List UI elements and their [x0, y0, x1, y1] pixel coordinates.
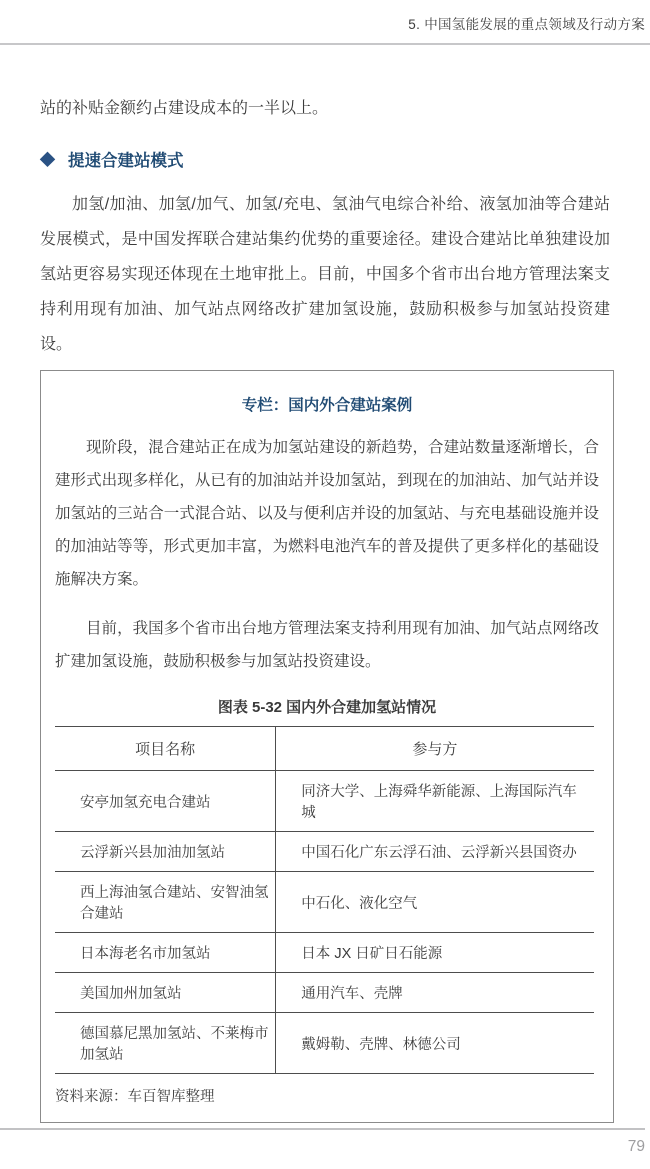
table-title: 图表 5-32 国内外合建加氢站情况 [55, 696, 599, 717]
cell-participants: 同济大学、上海舜华新能源、上海国际汽车城 [276, 771, 594, 832]
source-note: 资料来源：车百智库整理 [55, 1085, 599, 1106]
cell-project: 德国慕尼黑加氢站、不莱梅市加氢站 [55, 1013, 276, 1074]
case-study-panel: 专栏：国内外合建站案例 现阶段，混合建站正在成为加氢站建设的新趋势，合建站数量逐… [40, 370, 614, 1123]
page-number: 79 [628, 1138, 645, 1156]
document-page: 5. 中国氢能发展的重点领域及行动方案 站的补贴金额约占建设成本的一半以上。 ◆… [0, 0, 650, 1169]
running-header: 5. 中国氢能发展的重点领域及行动方案 [0, 0, 650, 43]
table-row: 云浮新兴县加油加氢站 中国石化广东云浮石油、云浮新兴县国资办 [55, 832, 594, 872]
header-rule [0, 43, 650, 45]
cell-project: 云浮新兴县加油加氢站 [55, 832, 276, 872]
table-row: 安亭加氢充电合建站 同济大学、上海舜华新能源、上海国际汽车城 [55, 771, 594, 832]
table-row: 日本海老名市加氢站 日本 JX 日矿日石能源 [55, 933, 594, 973]
panel-paragraph: 目前，我国多个省市出台地方管理法案支持利用现有加油、加气站点网络改扩建加氢设施，… [55, 612, 599, 678]
cell-participants: 中国石化广东云浮石油、云浮新兴县国资办 [276, 832, 594, 872]
section-heading-label: 提速合建站模式 [68, 147, 184, 171]
intro-paragraph: 站的补贴金额约占建设成本的一半以上。 [40, 97, 610, 121]
table-row: 美国加州加氢站 通用汽车、壳牌 [55, 973, 594, 1013]
panel-paragraph: 现阶段，混合建站正在成为加氢站建设的新趋势，合建站数量逐渐增长，合建形式出现多样… [55, 431, 599, 596]
section-heading: ◆ 提速合建站模式 [40, 147, 610, 171]
table-header-row: 项目名称 参与方 [55, 727, 594, 771]
cell-project: 日本海老名市加氢站 [55, 933, 276, 973]
page-content: 站的补贴金额约占建设成本的一半以上。 ◆ 提速合建站模式 加氢/加油、加氢/加气… [0, 97, 650, 362]
panel-title: 专栏：国内外合建站案例 [55, 393, 599, 415]
case-table: 项目名称 参与方 安亭加氢充电合建站 同济大学、上海舜华新能源、上海国际汽车城 … [55, 726, 594, 1074]
table-row: 西上海油氢合建站、安智油氢合建站 中石化、液化空气 [55, 872, 594, 933]
cell-project: 安亭加氢充电合建站 [55, 771, 276, 832]
cell-participants: 日本 JX 日矿日石能源 [276, 933, 594, 973]
section-paragraph: 加氢/加油、加氢/加气、加氢/充电、氢油气电综合补给、液氢加油等合建站发展模式，… [40, 187, 610, 362]
cell-project: 美国加州加氢站 [55, 973, 276, 1013]
running-header-title: 5. 中国氢能发展的重点领域及行动方案 [408, 17, 645, 32]
footer-rule [0, 1128, 645, 1130]
cell-participants: 戴姆勒、壳牌、林德公司 [276, 1013, 594, 1074]
diamond-bullet-icon: ◆ [40, 153, 55, 168]
column-header-project: 项目名称 [55, 727, 276, 771]
cell-participants: 中石化、液化空气 [276, 872, 594, 933]
column-header-participants: 参与方 [276, 727, 594, 771]
cell-project: 西上海油氢合建站、安智油氢合建站 [55, 872, 276, 933]
table-row: 德国慕尼黑加氢站、不莱梅市加氢站 戴姆勒、壳牌、林德公司 [55, 1013, 594, 1074]
cell-participants: 通用汽车、壳牌 [276, 973, 594, 1013]
